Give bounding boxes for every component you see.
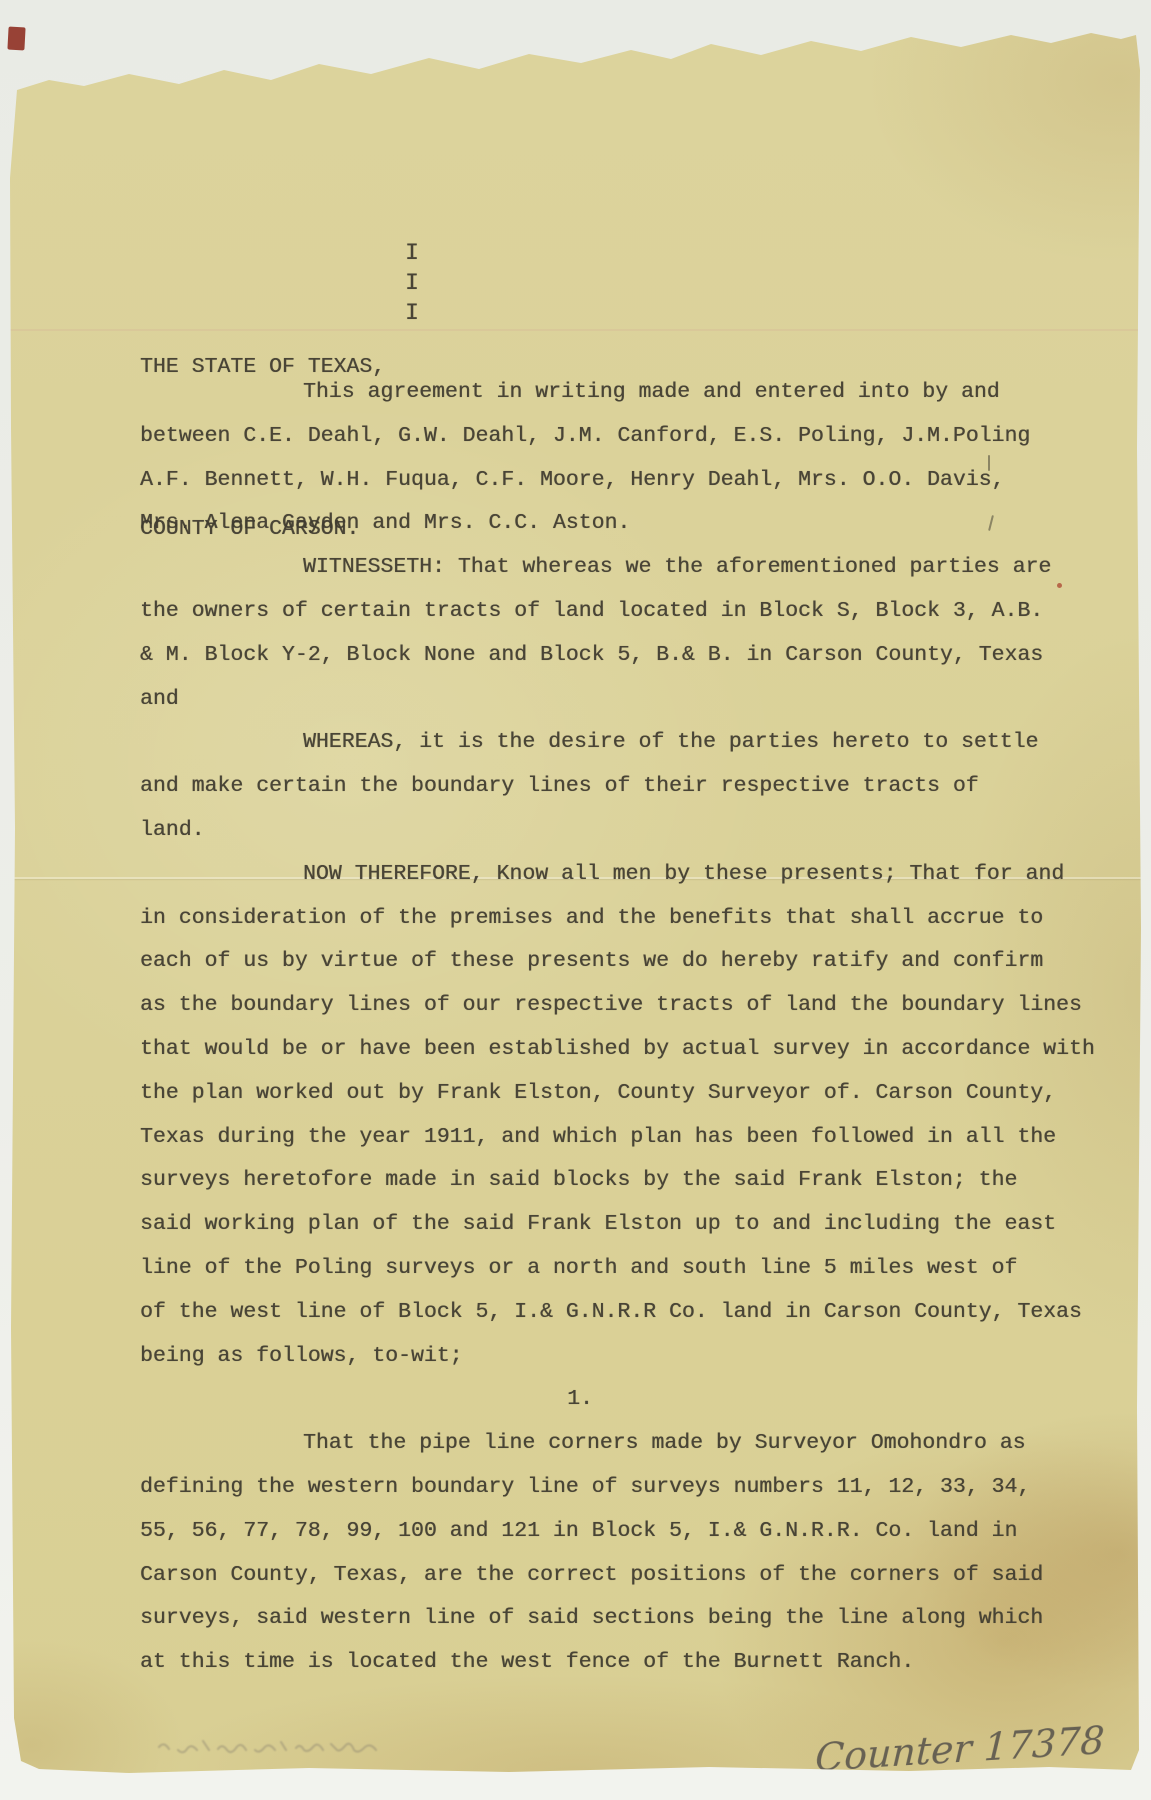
scan-background: THE STATE OF TEXAS, COUNTY OF CARSON. II… [0, 0, 1151, 1800]
document-line: This agreement in writing made and enter… [140, 371, 1020, 415]
document-line: between C.E. Deahl, G.W. Deahl, J.M. Can… [140, 415, 1020, 459]
document-line: and [140, 678, 1020, 722]
brace-glyph: I [405, 268, 419, 298]
document-line: being as follows, to-wit; [140, 1335, 1020, 1379]
document-line: 55, 56, 77, 78, 99, 100 and 121 in Block… [140, 1510, 1020, 1554]
document-line: and make certain the boundary lines of t… [140, 765, 1020, 809]
document-line: in consideration of the premises and the… [140, 897, 1020, 941]
counter-annotation: Counter 17378 [814, 1720, 1075, 1780]
document-line: as the boundary lines of our respective … [140, 984, 1020, 1028]
document-line: That the pipe line corners made by Surve… [140, 1422, 1020, 1466]
document-page: THE STATE OF TEXAS, COUNTY OF CARSON. II… [9, 28, 1142, 1780]
red-ink-mark [7, 27, 25, 51]
document-line: 1. [140, 1378, 1020, 1422]
document-line: each of us by virtue of these presents w… [140, 940, 1020, 984]
document-line: A.F. Bennett, W.H. Fuqua, C.F. Moore, He… [140, 459, 1020, 503]
document-line: NOW THEREFORE, Know all men by these pre… [140, 853, 1020, 897]
document-line: said working plan of the said Frank Elst… [140, 1203, 1020, 1247]
document-line: surveys, said western line of said secti… [140, 1597, 1020, 1641]
document-line: at this time is located the west fence o… [140, 1641, 1020, 1685]
pencil-smudge [125, 1734, 380, 1760]
document-line: WITNESSETH: That whereas we the aforemen… [140, 546, 1020, 590]
ink-edge-mark [988, 455, 990, 471]
document-line: the owners of certain tracts of land loc… [140, 590, 1020, 634]
document-line: WHEREAS, it is the desire of the parties… [140, 721, 1020, 765]
document-line: defining the western boundary line of su… [140, 1466, 1020, 1510]
document-line: & M. Block Y-2, Block None and Block 5, … [140, 634, 1020, 678]
red-ink-speck [1057, 583, 1062, 588]
document-line: surveys heretofore made in said blocks b… [140, 1159, 1020, 1203]
document-line: the plan worked out by Frank Elston, Cou… [140, 1072, 1020, 1116]
document-line: Carson County, Texas, are the correct po… [140, 1554, 1020, 1598]
document-line: that would be or have been established b… [140, 1028, 1020, 1072]
document-line: Texas during the year 1911, and which pl… [140, 1116, 1020, 1160]
document-line: of the west line of Block 5, I.& G.N.R.R… [140, 1291, 1020, 1335]
brace-glyph: I [405, 238, 419, 268]
document-line: Mrs. Alena Gayden and Mrs. C.C. Aston. [140, 502, 1020, 546]
brace-marks: III [405, 238, 419, 328]
document-body: This agreement in writing made and enter… [140, 371, 1020, 1685]
brace-glyph: I [405, 298, 419, 328]
document-line: land. [140, 809, 1020, 853]
document-line: line of the Poling surveys or a north an… [140, 1247, 1020, 1291]
